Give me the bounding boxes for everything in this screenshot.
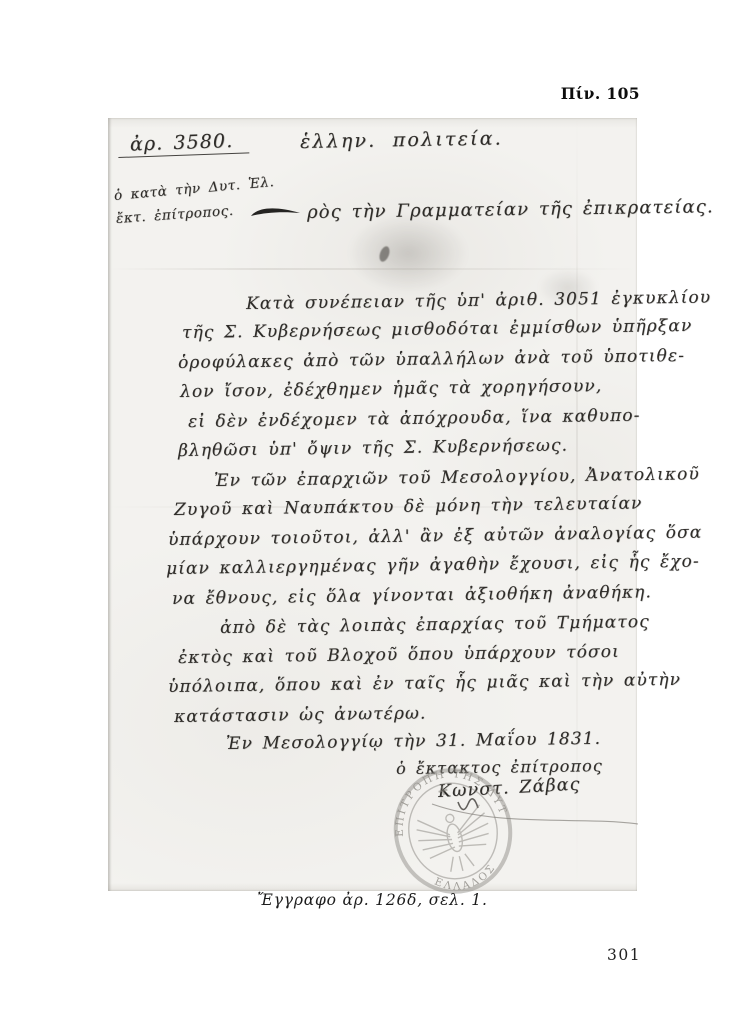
- handwriting-line: ἀπὸ δὲ τὰς λοιπὰς ἐπαρχίας τοῦ Τμήματος: [220, 612, 650, 638]
- handwriting-line: Ἐν τῶν ἐπαρχιῶν τοῦ Μεσολογγίου, Ἀνατολι…: [214, 464, 700, 491]
- page-number: 301: [607, 946, 641, 964]
- handwriting-line: εἰ δὲν ἐνδέχομεν τὰ ἀπόχρουδα, ἵνα καθυπ…: [188, 406, 641, 432]
- handwriting-line: να ἔθνους, εἰς ὅλα γίνονται ἀξιοθήκη ἀνα…: [172, 582, 652, 609]
- handwriting-line: ὑπάρχουν τοιοῦτοι, ἀλλ' ἂν ἐξ αὐτῶν ἀναλ…: [168, 523, 703, 550]
- pen-flourish-icon: [250, 205, 302, 221]
- handwriting-line: ἐκτὸς καὶ τοῦ Βλοχοῦ ὅπου ὑπάρχουν τόσοι: [178, 642, 620, 668]
- handwriting-line: λον ἴσον, ἐδέχθημεν ἡμᾶς τὰ χορηγήσουν,: [180, 376, 603, 402]
- handwriting-line: τῆς Σ. Κυβερνήσεως μισθοδόται ἐμμίσθων ὑ…: [182, 316, 693, 343]
- sender-office-line-2: ἔκτ. ἐπίτροπος.: [115, 203, 234, 227]
- handwriting-line: ὑπόλοιπα, ὅπου καὶ ἐν ταῖς ἧς μιᾶς καὶ τ…: [168, 670, 681, 697]
- phoenix-seal-icon: ΕΠΙΤΡΟΠΗ ΤΗΣ ΔΥΤΙΚΗΣ ΕΛΛΑΔΟΣ: [391, 766, 515, 896]
- protocol-number: ἀρ. 3580.: [118, 129, 250, 158]
- handwriting-line: μίαν καλλιεργημένας γῆν ἀγαθὴν ἔχουσι, ε…: [166, 552, 700, 579]
- recipient-text: ρὸς τὴν Γραμματείαν τῆς ἐπικρατείας.: [307, 196, 714, 223]
- state-heading: ἑλλην. πολιτεία.: [300, 127, 503, 153]
- handwriting-line: βληθῶσι ὑπ' ὄψιν τῆς Σ. Κυβερνήσεως.: [178, 436, 568, 461]
- plate-number-label: Πίν. 105: [470, 84, 640, 103]
- scanned-document: ἀρ. 3580. ἑλλην. πολιτεία. ὁ κατὰ τὴν Δυ…: [108, 118, 637, 891]
- ink-smudge: [348, 213, 468, 293]
- handwriting-line: ὁροφύλακες ἀπὸ τῶν ὑπαλλήλων ἀνὰ τοῦ ὑπο…: [178, 346, 685, 373]
- handwriting-line: Ζυγοῦ καὶ Ναυπάκτου δὲ μόνη τὴν τελευταί…: [174, 493, 643, 520]
- date-line: Ἐν Μεσολογγίῳ τὴν 31. Μαΐου 1831.: [226, 729, 601, 754]
- figure-caption: Ἔγγραφο ἀρ. 126δ, σελ. 1.: [108, 891, 637, 909]
- book-page: Πίν. 105 ἀρ. 3580. ἑλλην. πολιτεία. ὁ κα…: [0, 0, 743, 1027]
- handwriting-line: κατάστασιν ὡς ἀνωτέρω.: [174, 703, 427, 727]
- handwriting-line: Κατὰ συνέπειαν τῆς ὑπ' ἀριθ. 3051 ἐγκυκλ…: [246, 288, 711, 314]
- sender-office-line-1: ὁ κατὰ τὴν Δυτ. Ἑλ.: [113, 174, 275, 204]
- recipient-line: ρὸς τὴν Γραμματείαν τῆς ἐπικρατείας.: [250, 202, 714, 223]
